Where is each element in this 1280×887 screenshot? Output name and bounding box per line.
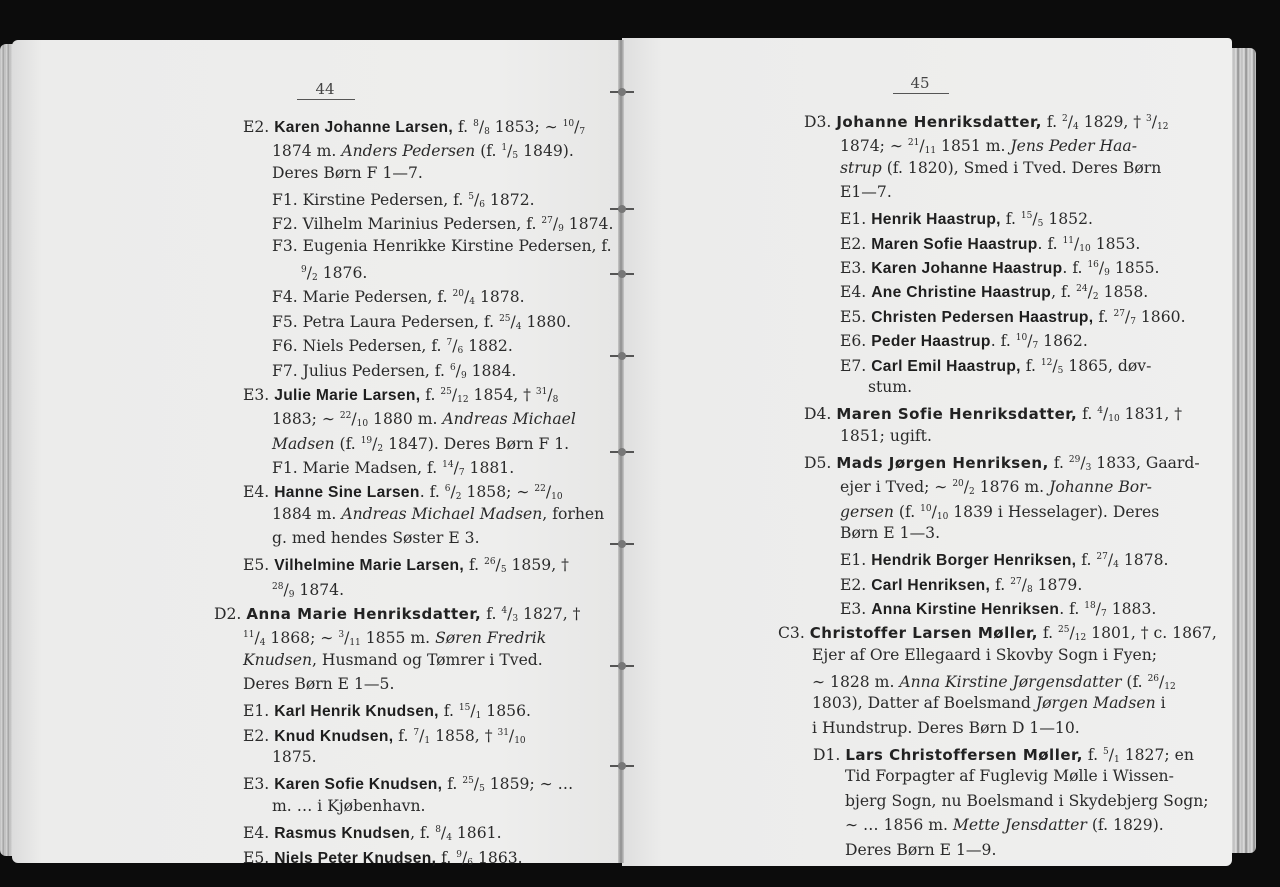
text-line: D4. Maren Sofie Henriksdatter, f. 4/10 1…: [804, 399, 1182, 423]
text-line: E4. Ane Christine Haastrup, f. 24/2 1858…: [840, 277, 1148, 301]
text-line: E3. Anna Kirstine Henriksen. f. 18/7 188…: [840, 594, 1156, 618]
text-line: E2. Carl Henriksen, f. 27/8 1879.: [840, 570, 1082, 594]
text-line: C3. Christoffer Larsen Møller, f. 25/12 …: [778, 618, 1217, 642]
text-line: 1883; ∼ 22/10 1880 m. Andreas Michael: [272, 404, 576, 428]
page-number-right: 45: [895, 74, 945, 92]
binding-stitch: [610, 270, 634, 278]
header-rule-right: [893, 93, 949, 94]
text-line: E2. Knud Knudsen, f. 7/1 1858, † 31/10: [243, 721, 526, 745]
text-line: 11/4 1868; ∼ 3/11 1855 m. Søren Fredrik: [243, 623, 546, 647]
text-line: 1803), Datter af Boelsmand Jørgen Madsen…: [812, 691, 1166, 715]
text-line: ∼ … 1856 m. Mette Jensdatter (f. 1829).: [845, 813, 1164, 837]
binding-stitch: [610, 662, 634, 670]
text-line: 28/9 1874.: [272, 575, 344, 599]
text-line: F4. Marie Pedersen, f. 20/4 1878.: [272, 282, 525, 306]
text-line: Tid Forpagter af Fuglevig Mølle i Wissen…: [845, 764, 1174, 788]
text-line: Madsen (f. 19/2 1847). Deres Børn F 1.: [272, 429, 569, 453]
text-line: D2. Anna Marie Henriksdatter, f. 4/3 182…: [214, 599, 580, 623]
text-line: m. … i Kjøbenhavn.: [272, 794, 425, 818]
text-line: F7. Julius Pedersen, f. 6/9 1884.: [272, 356, 516, 380]
text-line: F1. Kirstine Pedersen, f. 5/6 1872.: [272, 185, 535, 209]
text-line: 1851; ugift.: [840, 424, 932, 448]
text-line: F5. Petra Laura Pedersen, f. 25/4 1880.: [272, 307, 571, 331]
binding-stitch: [610, 540, 634, 548]
text-line: ∼ 1828 m. Anna Kirstine Jørgensdatter (f…: [812, 667, 1176, 691]
text-line: E1. Henrik Haastrup, f. 15/5 1852.: [840, 204, 1093, 228]
text-line: 1875.: [272, 745, 317, 769]
text-line: E1—7.: [840, 180, 892, 204]
text-line: F6. Niels Pedersen, f. 7/6 1882.: [272, 331, 513, 355]
header-rule-left: [297, 99, 355, 100]
text-line: E4. Rasmus Knudsen, f. 8/4 1861.: [243, 818, 502, 842]
binding-stitch: [610, 205, 634, 213]
text-line: D1. Lars Christoffersen Møller, f. 5/1 1…: [813, 740, 1194, 764]
text-line: Knudsen, Husmand og Tømrer i Tved.: [243, 648, 543, 672]
text-line: E4. Hanne Sine Larsen. f. 6/2 1858; ∼ 22…: [243, 477, 563, 501]
page-number-left: 44: [300, 80, 350, 98]
text-line: E5. Niels Peter Knudsen, f. 9/6 1863.: [243, 843, 523, 867]
text-line: gersen (f. 10/10 1839 i Hesselager). Der…: [840, 497, 1159, 521]
text-line: Deres Børn F 1—7.: [272, 161, 423, 185]
text-line: E7. Carl Emil Haastrup, f. 12/5 1865, dø…: [840, 351, 1151, 375]
text-line: Deres Børn E 1—5.: [243, 672, 394, 696]
text-line: ejer i Tved; ∼ 20/2 1876 m. Johanne Bor-: [840, 472, 1152, 496]
text-line: E2. Maren Sofie Haastrup. f. 11/10 1853.: [840, 229, 1140, 253]
text-line: strup (f. 1820), Smed i Tved. Deres Børn: [840, 156, 1161, 180]
text-line: Deres Børn E 1—9.: [845, 838, 996, 862]
text-line: 1874 m. Anders Pedersen (f. 1/5 1849).: [272, 136, 574, 160]
text-line: 1874; ∼ 21/11 1851 m. Jens Peder Haa-: [840, 131, 1137, 155]
text-line: E5. Christen Pedersen Haastrup, f. 27/7 …: [840, 302, 1186, 326]
text-line: F2. Vilhelm Marinius Pedersen, f. 27/9 1…: [272, 209, 613, 233]
text-line: F3. Eugenia Henrikke Kirstine Pedersen, …: [272, 234, 612, 258]
text-line: E3. Karen Johanne Haastrup. f. 16/9 1855…: [840, 253, 1160, 277]
text-line: g. med hendes Søster E 3.: [272, 526, 480, 550]
text-line: E1. Karl Henrik Knudsen, f. 15/1 1856.: [243, 696, 531, 720]
binding-stitch: [610, 762, 634, 770]
text-line: E5. Vilhelmine Marie Larsen, f. 26/5 185…: [243, 550, 569, 574]
binding-stitch: [610, 352, 634, 360]
text-line: 9/2 1876.: [301, 258, 367, 282]
text-line: F1. Marie Madsen, f. 14/7 1881.: [272, 453, 514, 477]
text-line: Ejer af Ore Ellegaard i Skovby Sogn i Fy…: [812, 643, 1157, 667]
text-line: D3. Johanne Henriksdatter, f. 2/4 1829, …: [804, 107, 1169, 131]
text-line: E3. Karen Sofie Knudsen, f. 25/5 1859; ∼…: [243, 769, 573, 793]
binding-stitch: [610, 88, 634, 96]
text-line: E3. Julie Marie Larsen, f. 25/12 1854, †…: [243, 380, 558, 404]
text-line: E1. Hendrik Borger Henriksen, f. 27/4 18…: [840, 545, 1168, 569]
text-line: D5. Mads Jørgen Henriksen, f. 29/3 1833,…: [804, 448, 1200, 472]
text-line: bjerg Sogn, nu Boelsmand i Skydebjerg So…: [845, 789, 1209, 813]
text-line: E6. Peder Haastrup. f. 10/7 1862.: [840, 326, 1088, 350]
text-line: stum.: [868, 375, 912, 399]
binding-stitch: [610, 448, 634, 456]
text-line: i Hundstrup. Deres Børn D 1—10.: [812, 716, 1080, 740]
text-line: 1884 m. Andreas Michael Madsen, forhen: [272, 502, 604, 526]
book-edge-right: [1232, 48, 1256, 853]
text-line: Børn E 1—3.: [840, 521, 940, 545]
text-line: E2. Karen Johanne Larsen, f. 8/8 1853; ∼…: [243, 112, 585, 136]
